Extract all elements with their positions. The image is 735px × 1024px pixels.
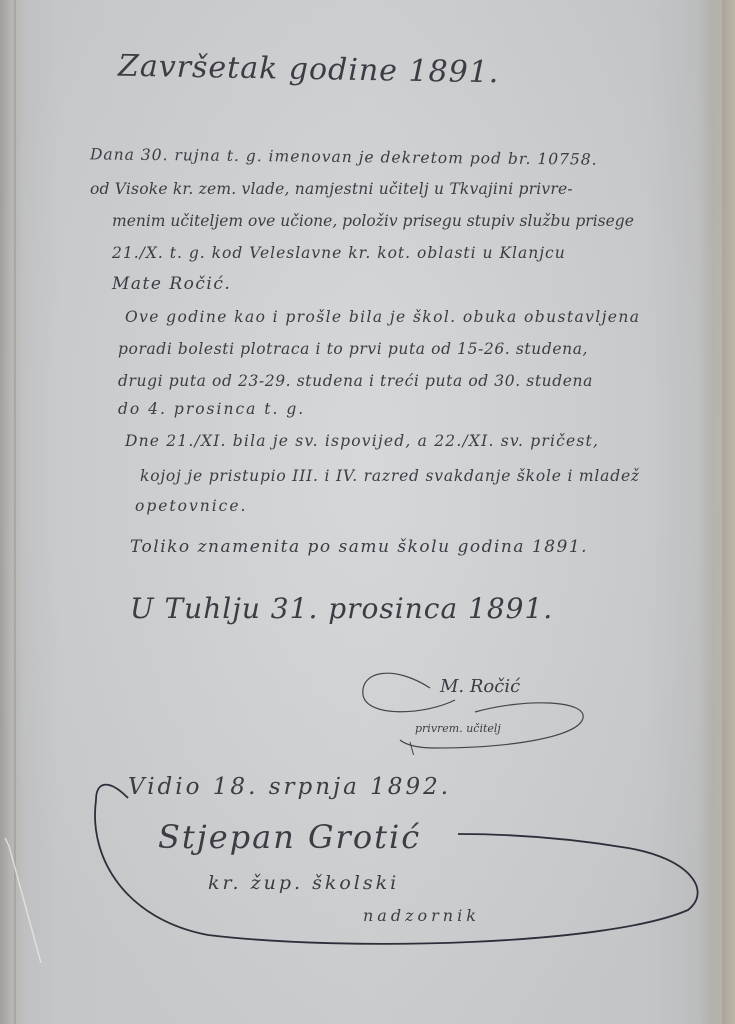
teacher-signature: M. Ročić privrem. učitelj [355,660,590,755]
seen-date: Vidio 18. srpnja 1892. [128,774,451,800]
inspector-role-title: nadzornik [363,906,480,925]
signature-name: M. Ročić [440,676,520,697]
inspector-role: kr. žup. školski [208,872,399,894]
page-title: Završetak godine 1891. [118,49,500,91]
text-line: opetovnice. [135,497,247,515]
text-line: poradi bolesti plotraca i to prvi puta o… [118,340,588,358]
inspection-endorsement: Vidio 18. srpnja 1892. Stjepan Grotić kr… [88,770,708,950]
text-line: menim učiteljem ove učione, položiv pris… [112,212,634,230]
text-line: od Visoke kr. zem. vlade, namjestni učit… [90,180,573,198]
text-line: do 4. prosinca t. g. [118,400,305,418]
text-line: Mate Ročić. [112,274,231,294]
text-line: drugi puta od 23-29. studena i treći put… [118,372,593,390]
place-date: U Tuhlju 31. prosinca 1891. [130,592,553,625]
text-line: 21./X. t. g. kod Veleslavne kr. kot. obl… [112,244,566,262]
signature-title: privrem. učitelj [415,722,501,735]
manuscript-page: Završetak godine 1891. Dana 30. rujna t.… [0,0,735,1024]
text-line: Dana 30. rujna t. g. imenovan je dekreto… [90,145,598,168]
page-right-edge [722,0,735,1024]
text-line: Ove godine kao i prošle bila je škol. ob… [125,308,640,326]
inspector-name: Stjepan Grotić [158,818,421,856]
text-line: kojoj je pristupio III. i IV. razred sva… [140,467,640,485]
text-line: Dne 21./XI. bila je sv. ispovijed, a 22.… [125,432,599,450]
text-line: Toliko znamenita po samu školu godina 18… [130,537,588,557]
paper-crease [3,838,43,968]
signature-flourish [355,660,590,755]
